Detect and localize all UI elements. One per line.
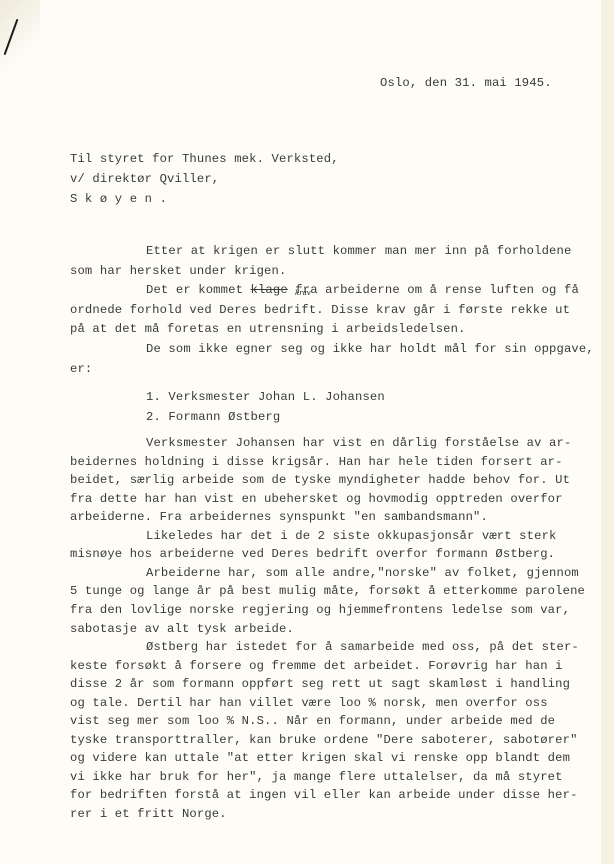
intro-line: ordnede forhold ved Deres bedrift. Disse… [70,303,570,317]
list-item-1: 1. Verksmester Johan L. Johansen [146,390,385,404]
body-line: 5 tunge og lange år på best mulig måte, … [70,584,585,598]
paper-corner-shade [0,0,40,80]
recipient-line-1: Til styret for Thunes mek. Verksted, [70,152,339,166]
body-line: beidet, særlig arbeide som de tyske mynd… [70,473,570,487]
body-line: disse 2 år som formann oppført seg rett … [70,677,570,691]
intro-line: Etter at krigen er slutt kommer man mer … [146,244,571,258]
body-line: og videre kan uttale "at etter krigen sk… [70,751,570,765]
body-line: Østberg har istedet for å samarbeide med… [146,640,579,654]
intro-line: på at det må foretas en utrensning i arb… [70,322,466,336]
body-line: vi ikke har bruk for her", ja mange fler… [70,770,563,784]
body-line: arbeiderne. Fra arbeidernes synspunkt "e… [70,510,488,524]
intro-line: er: [70,362,92,376]
recipient-line-3: S k ø y e n . [70,192,167,206]
body-line: vist seg mer som loo % N.S.. Når en form… [70,714,555,728]
body-line: keste forsøkt å forsere og fremme det ar… [70,659,563,673]
body-line: Likeledes har det i de 2 siste okkupasjo… [146,529,557,543]
body-line: sabotasje av alt tysk arbeide. [70,622,294,636]
body-line: tyske transporttraller, kan bruke ordene… [70,733,578,747]
intro-line: Det er kommet klage fra arbeiderne om å … [146,283,579,297]
date-line: Oslo, den 31. mai 1945. [380,76,552,90]
intro-line: som har hersket under krigen. [70,264,286,278]
body-line: Verksmester Johansen har vist en dårlig … [146,436,571,450]
body-line: Arbeiderne har, som alle andre,"norske" … [146,566,579,580]
body-line: for bedriften forstå at ingen vil eller … [70,788,578,802]
body-line: og tale. Dertil har han villet være loo … [70,696,548,710]
page-edge [601,0,614,864]
body-line: beidernes holdning i disse krigsår. Han … [70,455,563,469]
recipient-line-2: v/ direktør Qviller, [70,172,219,186]
list-item-2: 2. Formann Østberg [146,410,280,424]
intro-line: De som ikke egner seg og ikke har holdt … [146,342,594,356]
body-line: fra den lovlige norske regjering og hjem… [70,603,570,617]
struck-word: klage [251,283,288,297]
body-line: fra dette har han vist en ubehersket og … [70,492,563,506]
body-line: misnøye hos arbeiderne ved Deres bedrift… [70,547,555,561]
handwritten-annotation: krav [295,289,311,297]
body-line: rer i et fritt Norge. [70,807,227,821]
